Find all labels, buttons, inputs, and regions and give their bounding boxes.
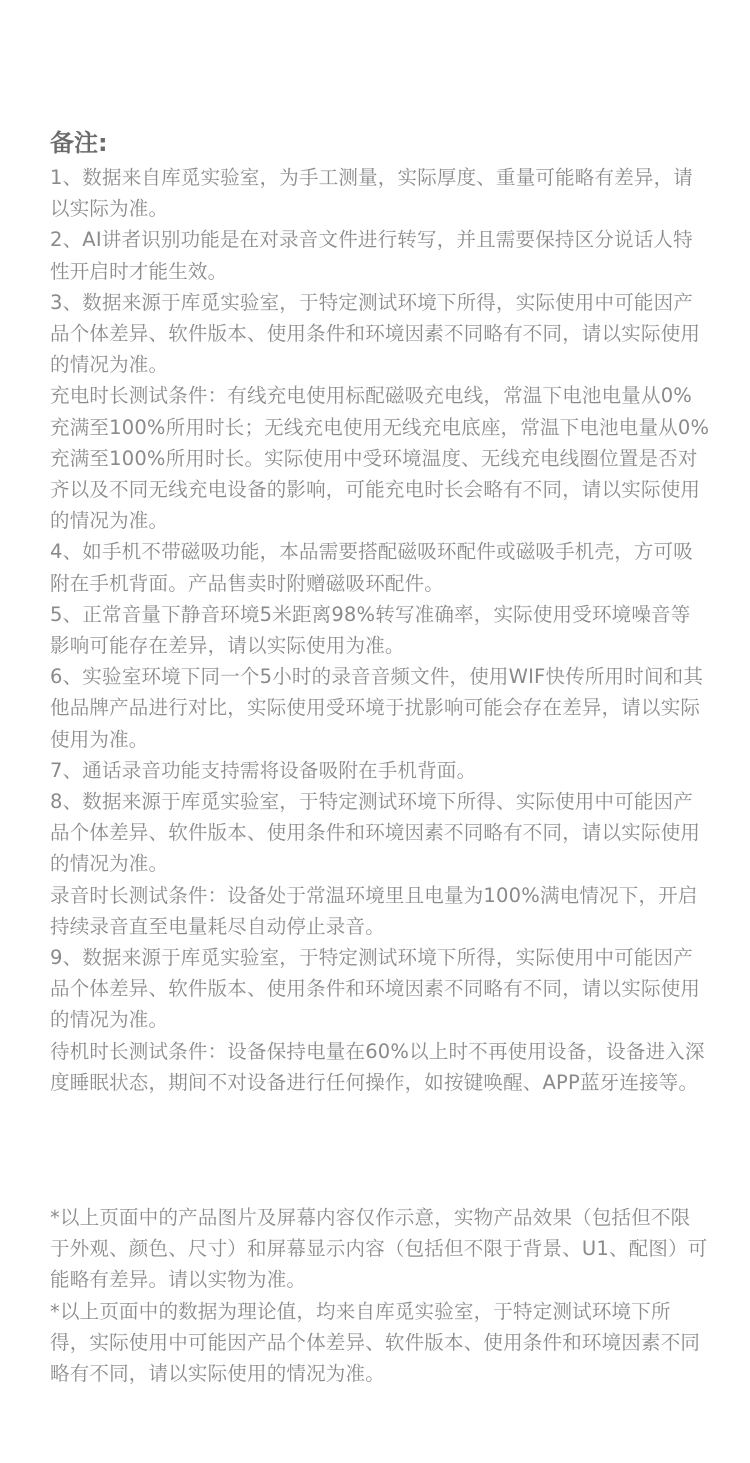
note-item-4: 4、如手机不带磁吸功能，本品需要搭配磁吸环配件或磁吸手机壳，方可吸附在手机背面。… bbox=[50, 536, 710, 598]
disclaimer-data: *以上页面中的数据为理论值，均来自库觅实验室，于特定测试环境下所得，实际使用中可… bbox=[50, 1296, 710, 1390]
disclaimer-images: *以上页面中的产品图片及屏幕内容仅作示意，实物产品效果（包括但不限于外观、颜色、… bbox=[50, 1202, 710, 1296]
standby-test-conditions: 待机时长测试条件：设备保持电量在60%以上时不再使用设备，设备进入深度睡眠状态，… bbox=[50, 1036, 710, 1098]
notes-title: 备注: bbox=[50, 126, 710, 160]
note-item-5: 5、正常音量下静音环境5米距离98%转写准确率，实际使用受环境噪音等影响可能存在… bbox=[50, 599, 710, 661]
note-item-2: 2、AI讲者识别功能是在对录音文件进行转写，并且需要保持区分说话人特性开启时才能… bbox=[50, 224, 710, 286]
note-item-6: 6、实验室环境下同一个5小时的录音音频文件，使用WIF快传所用时间和其他品牌产品… bbox=[50, 661, 710, 755]
recording-test-conditions: 录音时长测试条件：设备处于常温环境里且电量为100%满电情况下，开启持续录音直至… bbox=[50, 880, 710, 942]
notes-section: 备注: 1、数据来自库觅实验室，为手工测量，实际厚度、重量可能略有差异，请以实际… bbox=[50, 126, 710, 1098]
note-item-7: 7、通话录音功能支持需将设备吸附在手机背面。 bbox=[50, 755, 710, 786]
note-item-3: 3、数据来源于库觅实验室，于特定测试环境下所得，实际使用中可能因产品个体差异、软… bbox=[50, 287, 710, 381]
note-item-8: 8、数据来源于库觅实验室，于特定测试环境下所得、实际使用中可能因产品个体差异、软… bbox=[50, 786, 710, 880]
note-item-9: 9、数据来源于库觅实验室，于特定测试环境下所得，实际使用中可能因产品个体差异、软… bbox=[50, 942, 710, 1036]
charging-test-conditions: 充电时长测试条件：有线充电使用标配磁吸充电线，常温下电池电量从0%充满至100%… bbox=[50, 380, 710, 536]
disclaimer-section: *以上页面中的产品图片及屏幕内容仅作示意，实物产品效果（包括但不限于外观、颜色、… bbox=[50, 1202, 710, 1389]
note-item-1: 1、数据来自库觅实验室，为手工测量，实际厚度、重量可能略有差异，请以实际为准。 bbox=[50, 162, 710, 224]
